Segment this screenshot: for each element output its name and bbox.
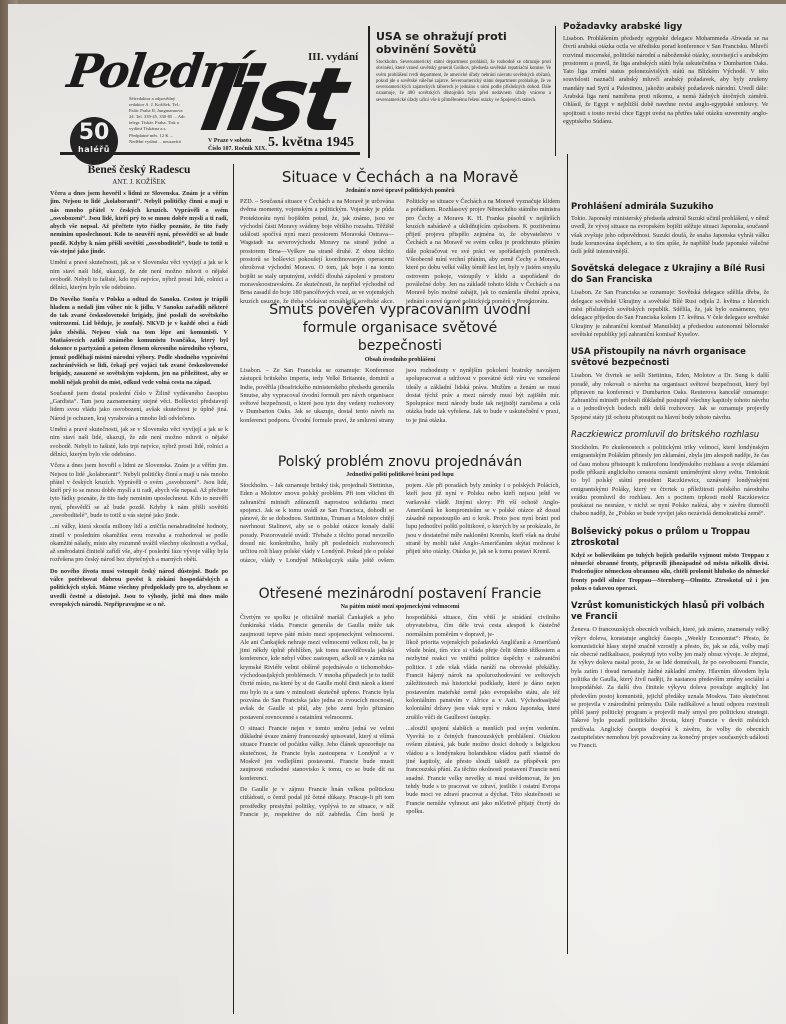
article-situation: Situace v Čechách a na Moravě Jednání o … [240, 168, 560, 306]
article-headline: Požadavky arabské ligy [563, 22, 768, 32]
article-subheadline: Jednotliví polští politikové bráni pod l… [240, 472, 560, 478]
article-columns: Čtvrtým ve spolku je oficiálně maršál Ča… [240, 614, 560, 819]
issue-info: V Praze v sobotu Číslo 107. Ročník XIX. [208, 137, 267, 153]
article-body: Včera a dnes jsem hovořil s lidmi ze Slo… [50, 190, 228, 256]
article-body: Umění a pravé skutečnosti, jak se v Slov… [50, 259, 228, 292]
article-benes: Beneš český Radescu ANT. J. KOŽÍŠEK Včer… [50, 164, 228, 609]
article-poland: Polský problém znovu projednáván Jednotl… [240, 454, 560, 565]
article-smuts: Smuts pověřen vypracováním úvodní formul… [240, 301, 560, 425]
article-body: Do Nového Sonča v Polsku a odtud do Sano… [50, 296, 228, 387]
masthead-title-list: list [195, 56, 349, 144]
article-body: Současně jsem dostal poslední číslo v Ži… [50, 390, 228, 423]
imprint: Šéfredaktor a odpovědný redaktor A. J. K… [129, 96, 187, 145]
article-headline-usa-security: USA přistoupily na návrh organisace svět… [571, 347, 769, 369]
article-usa-soviet: USA se ohražují proti obvinění Sovětů St… [376, 30, 551, 104]
article-subheadline: Obsah úvodního prohlášení [240, 357, 560, 363]
article-headline: USA se ohražují proti obvinění Sovětů [376, 30, 551, 56]
article-body: Lisabon. Prohlášením předsedy egyptské d… [563, 35, 768, 126]
article-headline-troppau: Bolševický pokus o průlom u Troppau ztro… [571, 527, 769, 549]
article-body: Včera a dnes jsem hovořil s lidmi ze Slo… [50, 462, 228, 520]
article-headline: Smuts pověřen vypracováním úvodní formul… [240, 301, 560, 355]
article-headline-raczkiewicz: Raczkiewicz promluvil do britského rozhl… [571, 430, 769, 441]
place-day: V Praze v sobotu [208, 137, 267, 145]
column-divider [567, 154, 568, 954]
article-body: ...ní války, která skosila miliony lidí … [50, 523, 228, 564]
article-body-usa-security: Lisabon. Ve čtvrtek se sešli Stettinius,… [571, 372, 769, 422]
article-headline-suzuki: Prohlášení admirála Suzukiho [571, 202, 769, 212]
article-body-communists: Ženeva. O francouzských obecních volbách… [571, 626, 769, 750]
article-headline: Otřesené mezinárodní postavení Francie [240, 586, 560, 602]
column-divider [233, 164, 234, 1014]
article-headline: Situace v Čechách a na Moravě [240, 168, 560, 186]
masthead-rule [60, 152, 360, 155]
article-headline: Polský problém znovu projednáván [240, 454, 560, 470]
article-author: ANT. J. KOŽÍŠEK [50, 178, 228, 186]
article-body: PZD. – Současná situace v Čechách a na M… [240, 198, 560, 306]
article-body-troppau: Když se bolševikům po tuhých bojích poda… [571, 552, 769, 593]
column-divider [555, 26, 556, 156]
article-body-raczkiewicz: Stockholm. Po zkušenostech s politickými… [571, 444, 769, 519]
price-badge: 50 haléřů [70, 117, 118, 165]
article-body: Stockholm. Severoamerický státní departm… [376, 60, 551, 104]
article-body: Stockholm. – Jak oznamuje britský tisk, … [240, 482, 560, 565]
article-body-suzuki: Tokio. Japonský ministerský předseda adm… [571, 215, 769, 256]
article-body-soviet-delegation: Lisabon. Ze San Franciska se oznamuje: S… [571, 289, 769, 339]
article-body: likož priorita vojenských požadavků Angl… [406, 639, 560, 722]
article-body: O situaci Francie nejen v tomto směru je… [240, 725, 394, 783]
article-body: Umění a pravé skutečnosti, jak se v Slov… [50, 426, 228, 459]
price-number: 50 [70, 121, 118, 145]
article-france: Otřesené mezinárodní postavení Francie N… [240, 586, 560, 819]
article-headline: Beneš český Radescu [50, 164, 228, 176]
column-divider [368, 26, 370, 158]
article-subheadline: Na pátém místě mezi spojeneckými velmoce… [240, 604, 560, 610]
article-body: Čtvrtým ve spolku je oficiálně maršál Ča… [240, 614, 394, 722]
edition-label: III. vydání [308, 51, 358, 63]
right-column: Prohlášení admirála Suzukiho Tokio. Japo… [571, 200, 769, 751]
newspaper-page: Polední list III. vydání 50 haléřů Šéfre… [8, 4, 786, 1024]
article-headline-communists: Vzrůst komunistických hlasů při volbách … [571, 601, 769, 623]
article-headline-soviet-delegation: Sovětská delegace z Ukrajiny a Bílé Rusi… [571, 264, 769, 286]
article-arab-league: Požadavky arabské ligy Lisabon. Prohláše… [563, 22, 768, 126]
article-subheadline: Jednání o nové úpravě politických poměrů [240, 188, 560, 194]
article-body: ...sloužil spojení slabších a menších po… [406, 725, 560, 816]
issue-date: 5. května 1945 [268, 135, 354, 151]
article-body: Do nového života musí vstoupit český nár… [50, 568, 228, 609]
article-body: Lisabon. – Ze San Franciska se oznamuje:… [240, 367, 560, 425]
